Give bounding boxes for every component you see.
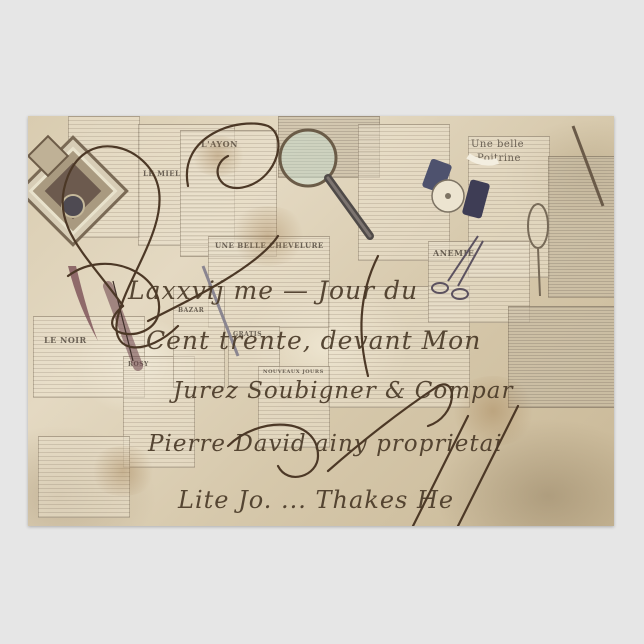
clipping-title: Une belle xyxy=(471,139,524,150)
clipping-title: BAZAR xyxy=(178,307,204,314)
handwriting-line-3: Jurez Soubigner & Compar xyxy=(173,378,514,404)
vintage-paper-sheet: LE MIEL L'AYON Une belle Poitrine UNE BE… xyxy=(28,116,614,526)
age-stain xyxy=(188,136,248,176)
clipping-title: Poitrine xyxy=(477,153,521,164)
clipping-title: LE NOIR xyxy=(44,335,87,345)
handwriting-line-4: Pierre David ainy proprietai xyxy=(148,431,503,457)
handwriting-line-1: Laxxvij me — Jour du xyxy=(128,276,418,305)
clipping-title: LE MIEL xyxy=(143,169,180,178)
clipping-title: NOUVEAUX JOURS xyxy=(263,369,324,375)
handwriting-line-2: Cent trente, devant Mon xyxy=(146,326,481,355)
newspaper-clipping xyxy=(68,116,140,238)
handwriting-line-5: Lite Jo. ... Thakes He xyxy=(178,486,454,514)
clipping-title: ROSY xyxy=(128,361,149,368)
age-stain xyxy=(228,206,308,266)
clipping-title: ANEMIE xyxy=(433,248,474,258)
newspaper-clipping xyxy=(548,156,614,298)
